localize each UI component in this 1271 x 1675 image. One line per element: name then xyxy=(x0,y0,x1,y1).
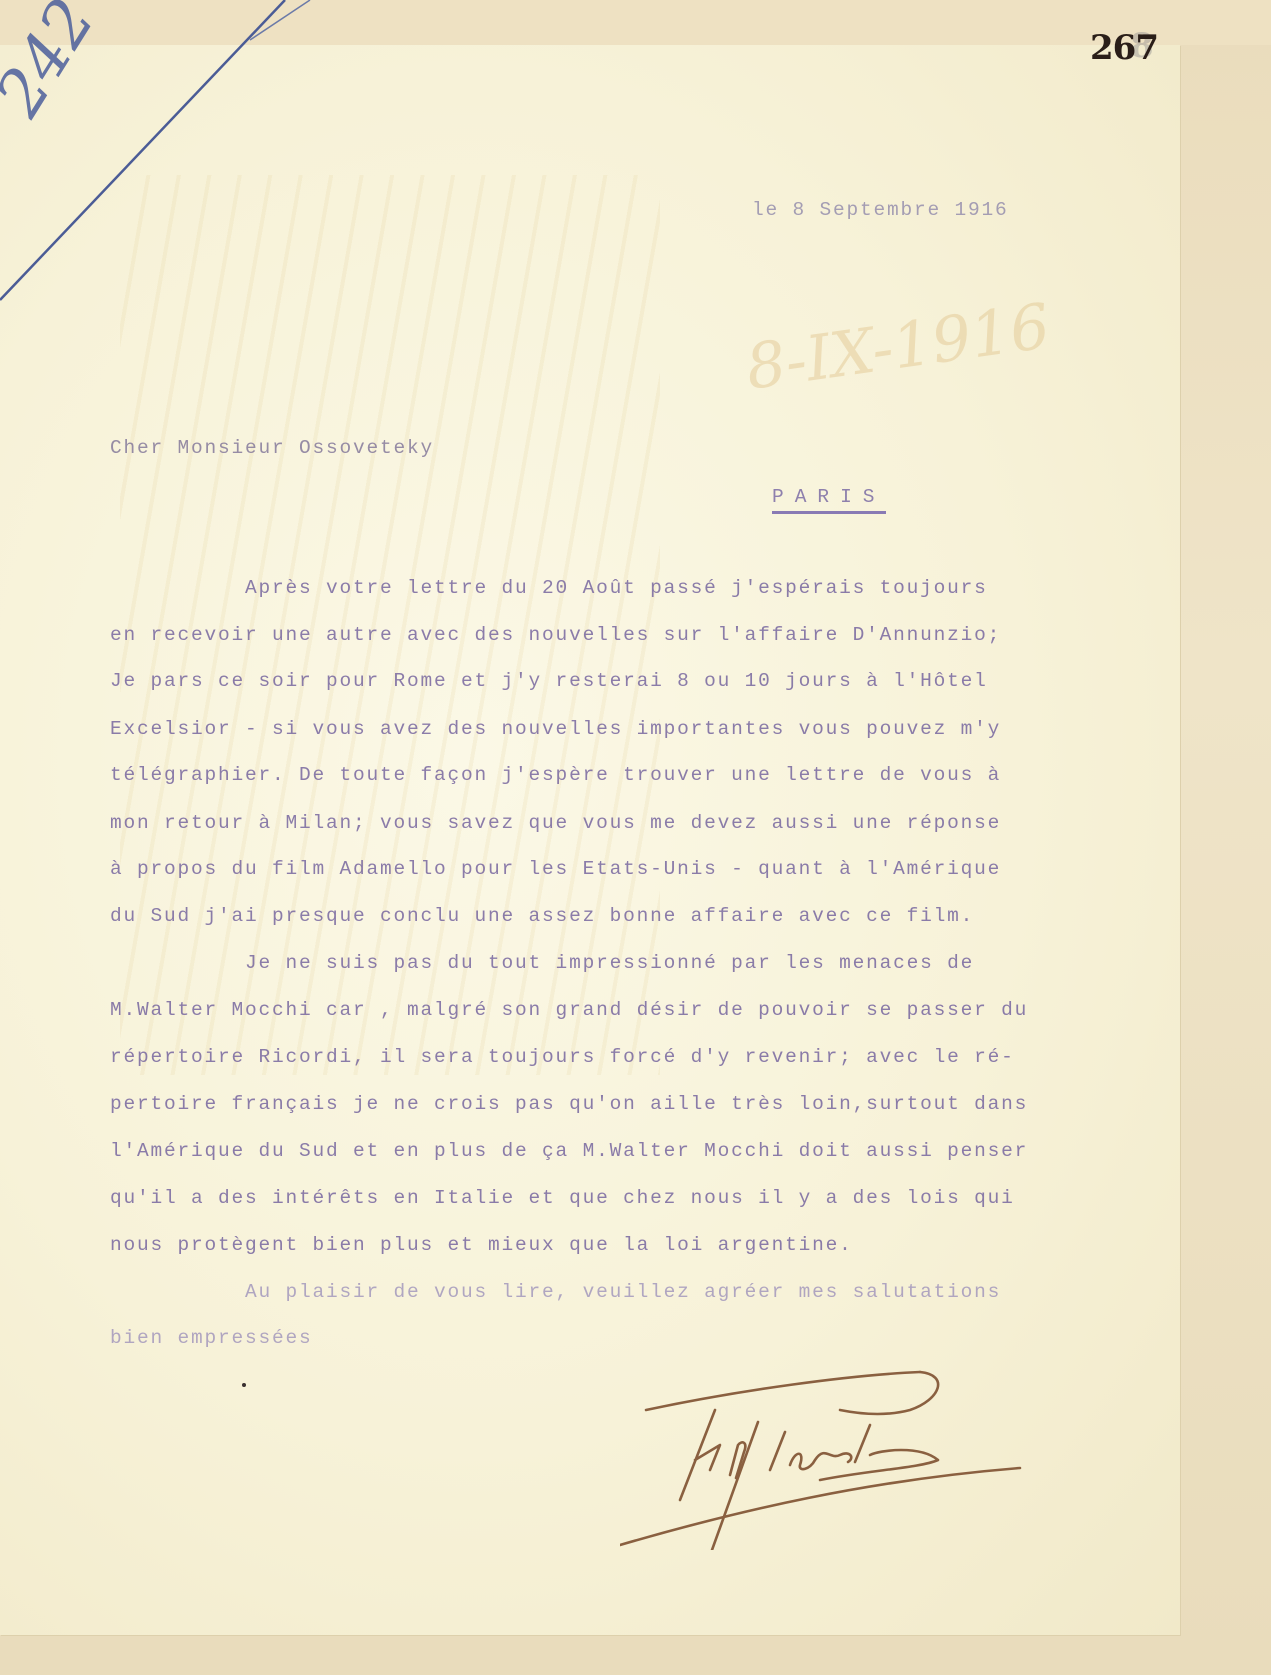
salutation: Cher Monsieur Ossoveteky xyxy=(110,437,434,459)
signature-tito-ricordi xyxy=(620,1350,1040,1550)
body-line: pertoire français je ne crois pas qu'on … xyxy=(110,1093,1028,1115)
body-line: télégraphier. De toute façon j'espère tr… xyxy=(110,764,1001,786)
body-line: Je ne suis pas du tout impressionné par … xyxy=(110,952,974,974)
city-heading: PARIS xyxy=(772,486,886,514)
body-line: à propos du film Adamello pour les Etats… xyxy=(110,858,1001,880)
ink-speck xyxy=(242,1383,246,1387)
letter-date: le 8 Septembre 1916 xyxy=(752,199,1009,221)
body-line: l'Amérique du Sud et en plus de ça M.Wal… xyxy=(110,1140,1028,1162)
body-line: Je pars ce soir pour Rome et j'y restera… xyxy=(110,670,988,692)
folio-number: 267 xyxy=(1090,28,1158,68)
body-line: du Sud j'ai presque conclu une assez bon… xyxy=(110,905,974,927)
body-line: en recevoir une autre avec des nouvelles… xyxy=(110,624,1001,646)
body-line: Après votre lettre du 20 Août passé j'es… xyxy=(110,577,988,599)
body-line: nous protègent bien plus et mieux que la… xyxy=(110,1234,853,1256)
body-line: qu'il a des intérêts en Italie et que ch… xyxy=(110,1187,1015,1209)
body-line: répertoire Ricordi, il sera toujours for… xyxy=(110,1046,1015,1068)
closing-line: bien empressées xyxy=(110,1327,313,1349)
closing-line: Au plaisir de vous lire, veuillez agréer… xyxy=(110,1281,1001,1303)
body-line: mon retour à Milan; vous savez que vous … xyxy=(110,812,1001,834)
body-line: Excelsior - si vous avez des nouvelles i… xyxy=(110,718,1001,740)
body-line: M.Walter Mocchi car , malgré son grand d… xyxy=(110,999,1028,1021)
